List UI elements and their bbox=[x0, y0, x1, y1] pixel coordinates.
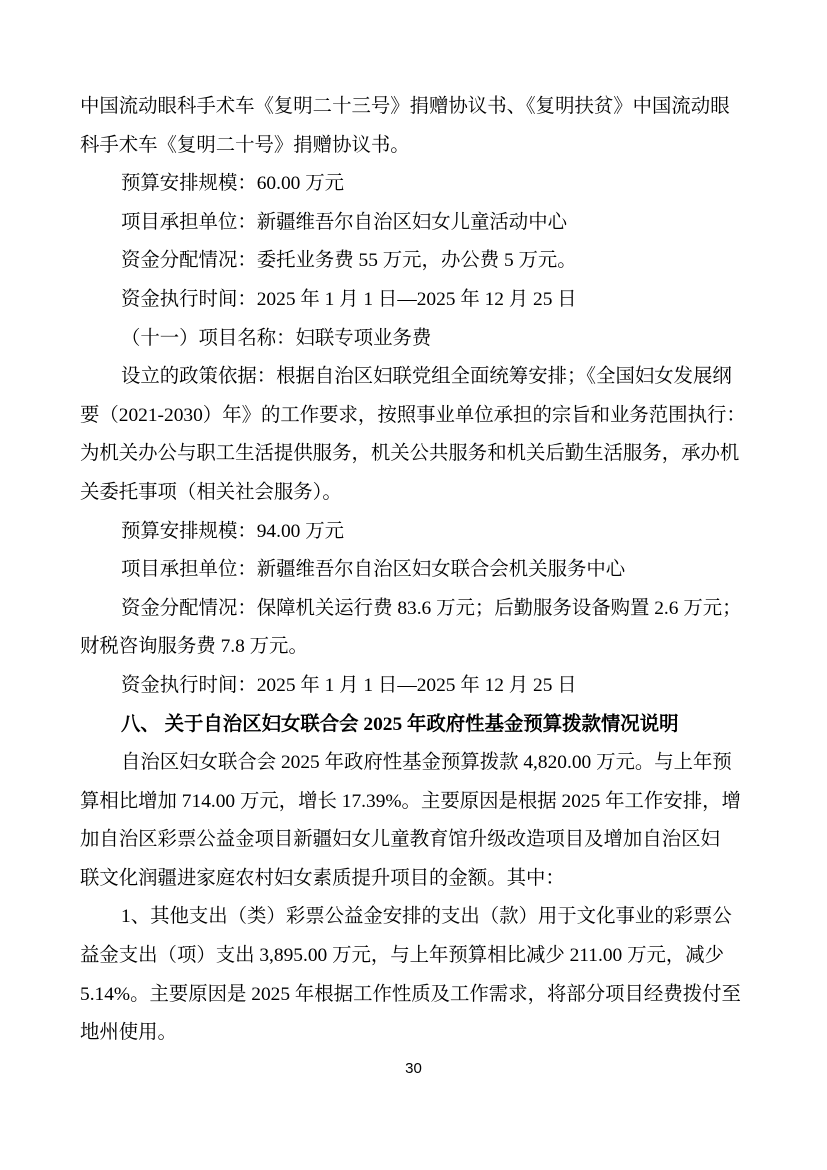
text-line: 资金分配情况：保障机关运行费 83.6 万元；后勤服务设备购置 2.6 万元； bbox=[80, 590, 744, 629]
text-line: 要（2021-2030）年》的工作要求，按照事业单位承担的宗旨和业务范围执行： bbox=[80, 397, 744, 436]
text-line: 算相比增加 714.00 万元，增长 17.39%。主要原因是根据 2025 年… bbox=[80, 783, 744, 822]
text-line: 财税咨询服务费 7.8 万元。 bbox=[80, 628, 744, 667]
document-page: 中国流动眼科手术车《复明二十三号》捐赠协议书、《复明扶贫》中国流动眼科手术车《复… bbox=[0, 0, 827, 1170]
text-line: 设立的政策依据：根据自治区妇联党组全面统筹安排；《全国妇女发展纲 bbox=[80, 358, 744, 397]
text-line: 自治区妇女联合会 2025 年政府性基金预算拨款 4,820.00 万元。与上年… bbox=[80, 744, 744, 783]
text-line: 中国流动眼科手术车《复明二十三号》捐赠协议书、《复明扶贫》中国流动眼 bbox=[80, 88, 744, 127]
text-line: 项目承担单位：新疆维吾尔自治区妇女儿童活动中心 bbox=[80, 204, 744, 243]
text-line: 1、其他支出（类）彩票公益金安排的支出（款）用于文化事业的彩票公 bbox=[80, 898, 744, 937]
document-body: 中国流动眼科手术车《复明二十三号》捐赠协议书、《复明扶贫》中国流动眼科手术车《复… bbox=[80, 88, 744, 1053]
text-line: 项目承担单位：新疆维吾尔自治区妇女联合会机关服务中心 bbox=[80, 551, 744, 590]
text-line: 加自治区彩票公益金项目新疆妇女儿童教育馆升级改造项目及增加自治区妇 bbox=[80, 821, 744, 860]
text-line: 资金分配情况：委托业务费 55 万元，办公费 5 万元。 bbox=[80, 242, 744, 281]
text-line: 益金支出（项）支出 3,895.00 万元，与上年预算相比减少 211.00 万… bbox=[80, 937, 744, 976]
text-line: 预算安排规模：94.00 万元 bbox=[80, 513, 744, 552]
page-number: 30 bbox=[0, 1060, 827, 1077]
text-line: 资金执行时间：2025 年 1 月 1 日—2025 年 12 月 25 日 bbox=[80, 667, 744, 706]
text-line: 关委托事项（相关社会服务）。 bbox=[80, 474, 744, 513]
text-line: （十一）项目名称：妇联专项业务费 bbox=[80, 320, 744, 359]
text-line: 为机关办公与职工生活提供服务，机关公共服务和机关后勤生活服务，承办机 bbox=[80, 435, 744, 474]
text-line: 5.14%。主要原因是 2025 年根据工作性质及工作需求，将部分项目经费拨付至 bbox=[80, 976, 744, 1015]
text-line: 地州使用。 bbox=[80, 1014, 744, 1053]
text-line: 资金执行时间：2025 年 1 月 1 日—2025 年 12 月 25 日 bbox=[80, 281, 744, 320]
section-heading-line: 八、 关于自治区妇女联合会 2025 年政府性基金预算拨款情况说明 bbox=[80, 706, 744, 745]
text-line: 科手术车《复明二十号》捐赠协议书。 bbox=[80, 127, 744, 166]
text-line: 预算安排规模：60.00 万元 bbox=[80, 165, 744, 204]
text-line: 联文化润疆进家庭农村妇女素质提升项目的金额。其中： bbox=[80, 860, 744, 899]
